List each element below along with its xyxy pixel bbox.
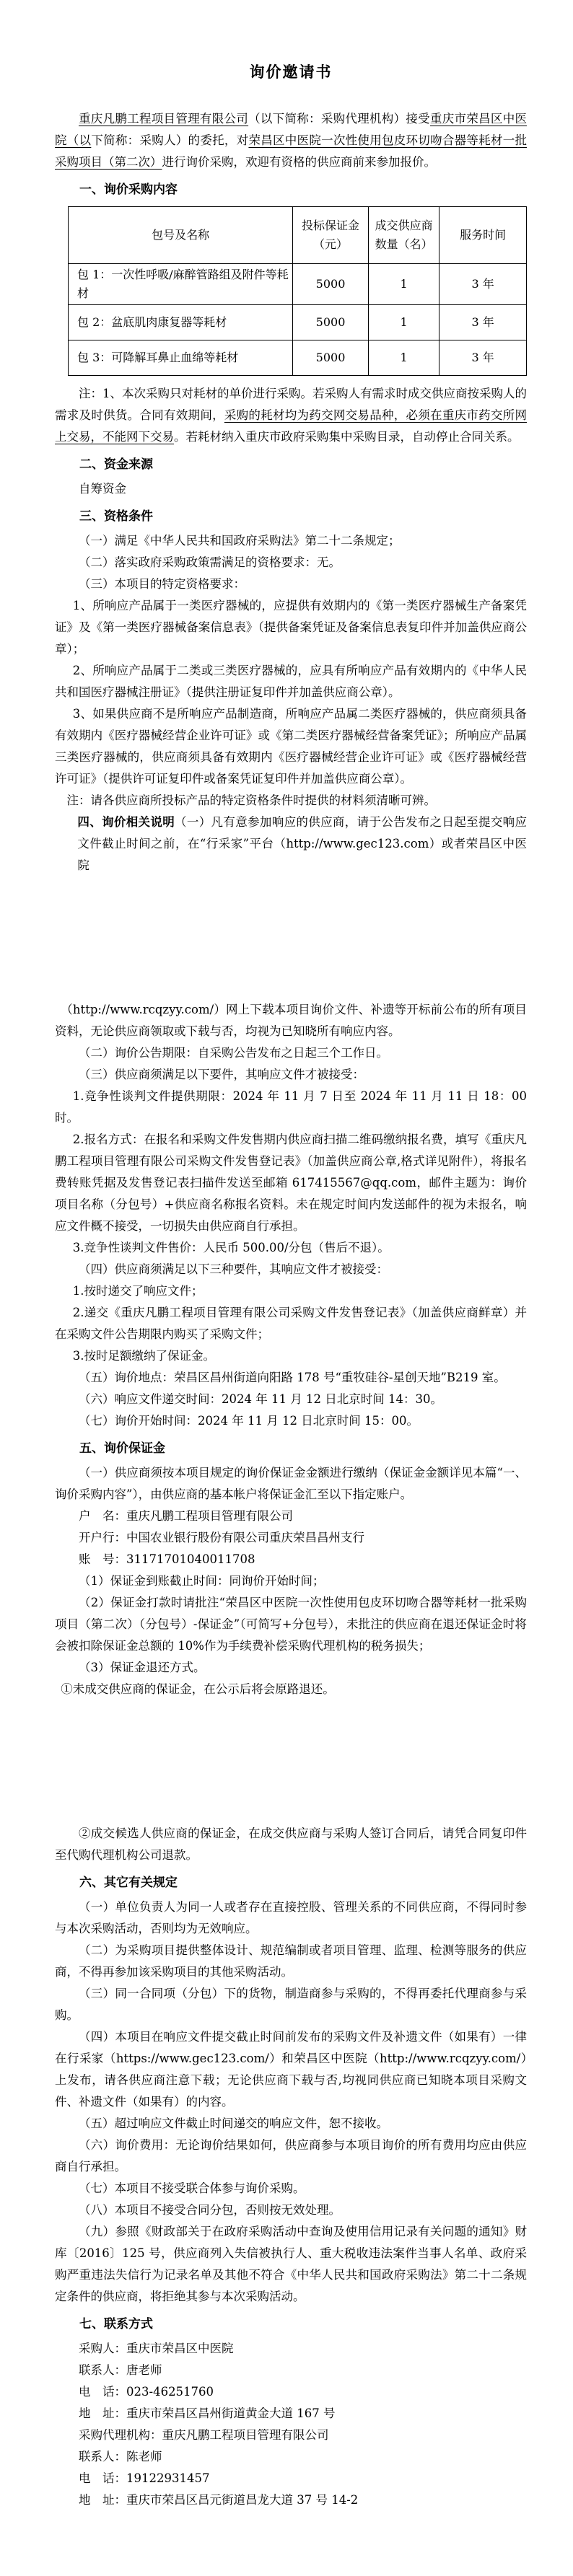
text-run: 采购人：重庆市荣昌区中医院 [79,2342,234,2355]
inquiry-item-4-2: 2.递交《重庆凡鹏工程项目管理有限公司采购文件发售登记表》（加盖供应商鲜章）并在… [55,1302,527,1345]
contact-purchaser-phone: 电 话：023-46251760 [55,2381,527,2403]
column-header: 包号及名称 [69,207,293,264]
table-cell: 5000 [293,340,369,376]
other-rule-6: （六）询价费用：无论询价结果如何，供应商参与本项目询价的所有费用均应由供应商自行… [55,2135,527,2178]
inquiry-item-3-1: 1.竞争性谈判文件提供期限：2024 年 11 月 7 日至 2024 年 11… [55,1086,527,1129]
table-row: 包 1：一次性呼吸/麻醉管路组及附件等耗材500013 年 [69,264,527,305]
text-run: 下简称：采购人）的委托，对 [91,133,248,147]
document-title: 询价邀请书 [55,61,527,82]
text-run: 1、所响应产品属于一类医疗器械的，应提供有效期内的《第一类医疗器械生产备案凭证》… [55,599,527,656]
specific-requirement-3: 3、如果供应商不是所响应产品制造商，所响应产品属二类医疗器械的，供应商须具备有效… [55,703,527,790]
contact-agency-phone: 电 话：19122931457 [55,2468,527,2489]
section-heading-3: 三、资格条件 [55,506,527,527]
other-rule-9: （九）参照《财政部关于在政府采购活动中查询及使用信用记录有关问题的通知》财库〔2… [55,2221,527,2308]
inline-section-heading: 四、询价相关说明 [77,815,175,829]
text-run: 采购代理机构：重庆凡鹏工程项目管理有限公司 [79,2428,329,2442]
table-cell: 1 [368,340,439,376]
deposit-sub-1: （1）保证金到账截止时间：同询价开始时间； [55,1570,527,1592]
text-run: 户 名：重庆凡鹏工程项目管理有限公司 [79,1509,293,1523]
inquiry-item-7: （七）询价开始时间：2024 年 11 月 12 日北京时间 15：00。 [55,1410,527,1432]
table-cell: 包 1：一次性呼吸/麻醉管路组及附件等耗材 [69,264,293,305]
qualification-item-2: （二）落实政府采购政策需满足的资格要求：无。 [55,552,527,573]
text-run: （三）供应商须满足以下要件，其响应文件才被接受： [79,1068,364,1081]
text-run: （一）供应商须按本项目规定的询价保证金金额进行缴纳（保证金金额详见本篇“一、询价… [55,1466,527,1501]
procurement-content-table: 包号及名称投标保证金（元）成交供应商数量（名）服务时间包 1：一次性呼吸/麻醉管… [68,206,527,376]
inquiry-item-3-3: 3.竞争性谈判文件售价：人民币 500.00/分包（售后不退）。 [55,1237,527,1259]
text-run: （九）参照《财政部关于在政府采购活动中查询及使用信用记录有关问题的通知》财库〔2… [55,2225,527,2303]
qualification-note: 注：请各供应商所投标产品的特定资格条件时提供的材料须清晰可辨。 [55,790,527,812]
text-run: （四）本项目在响应文件提交截止时间前发布的采购文件及补遗文件（如果有）一律在行采… [55,2030,527,2109]
other-rule-1: （一）单位负责人为同一人或者存在直接控股、管理关系的不同供应商，不得同时参与本次… [55,1896,527,1940]
inquiry-item-3-2: 2.报名方式：在报名和采购文件发售期内供应商扫描二维码缴纳报名费，填写《重庆凡鹏… [55,1129,527,1237]
text-run: （一）单位负责人为同一人或者存在直接控股、管理关系的不同供应商，不得同时参与本次… [55,1900,527,1935]
text-run: ①未成交供应商的保证金，在公示后将会原路退还。 [61,1682,335,1696]
text-run: （四）供应商须满足以下三种要件，其响应文件才被接受： [79,1262,388,1276]
text-run: （1）保证金到账截止时间：同询价开始时间； [79,1574,325,1588]
text-run: 联系人：唐老师 [79,2363,162,2377]
text-run: 2.报名方式：在报名和采购文件发售期内供应商扫描二维码缴纳报名费，填写《重庆凡鹏… [55,1133,527,1233]
other-rule-8: （八）本项目不接受合同分包，否则按无效处理。 [55,2199,527,2221]
inquiry-item-6: （六）响应文件递交时间：2024 年 11 月 12 日北京时间 14：30。 [55,1389,527,1410]
section-heading-5: 五、询价保证金 [55,1438,527,1459]
qualification-item-3: （三）本项目的特定资格要求： [55,573,527,595]
contact-purchaser-person: 联系人：唐老师 [55,2360,527,2381]
text-run: 2.递交《重庆凡鹏工程项目管理有限公司采购文件发售登记表》（加盖供应商鲜章）并在… [55,1306,527,1341]
qualification-item-1: （一）满足《中华人民共和国政府采购法》第二十二条规定； [55,530,527,552]
other-rule-4: （四）本项目在响应文件提交截止时间前发布的采购文件及补遗文件（如果有）一律在行采… [55,2026,527,2113]
text-run: （八）本项目不接受合同分包，否则按无效处理。 [79,2203,341,2217]
table-cell: 1 [368,264,439,305]
text-run: （五）超过响应文件截止时间递交的响应文件，恕不接收。 [79,2116,388,2130]
table-note-paragraph: 注：1、本次采购只对耗材的单价进行采购。若采购人有需求时成交供应商按采购人的需求… [55,383,527,448]
text-run: 1.竞争性谈判文件提供期限：2024 年 11 月 7 日至 2024 年 11… [55,1089,527,1125]
text-run: 进行询价采购，欢迎有资格的供应商前来参加报价。 [162,155,437,169]
inquiry-item-4-3: 3.按时足额缴纳了保证金。 [55,1345,527,1367]
contact-purchaser: 采购人：重庆市荣昌区中医院 [55,2338,527,2360]
specific-requirement-1: 1、所响应产品属于一类医疗器械的，应提供有效期内的《第一类医疗器械生产备案凭证》… [55,595,527,660]
text-run: （六）询价费用：无论询价结果如何，供应商参与本项目询价的所有费用均应由供应商自行… [55,2138,527,2173]
column-header: 服务时间 [439,207,527,264]
section-heading-7: 七、联系方式 [55,2313,527,2335]
inquiry-item-3: （三）供应商须满足以下要件，其响应文件才被接受： [55,1064,527,1086]
column-header: 投标保证金（元） [293,207,369,264]
table-row: 包 3：可降解耳鼻止血绵等耗材500013 年 [69,340,527,376]
text-run: （二）询价公告期限：自采购公告发布之日起三个工作日。 [79,1046,388,1060]
column-header: 成交供应商数量（名） [368,207,439,264]
account-bank: 开户行：中国农业银行股份有限公司重庆荣昌昌州支行 [55,1527,527,1549]
account-name: 户 名：重庆凡鹏工程项目管理有限公司 [55,1505,527,1527]
table-cell: 3 年 [439,340,527,376]
text-run: （三）本项目的特定资格要求： [79,577,245,591]
text-run: 1.按时递交了响应文件； [73,1284,204,1298]
text-run: （http://www.rcqzyy.com/）网上下载本项目询价文件、补遗等开… [55,1003,527,1038]
text-run: （2）保证金打款时请批注“荣昌区中医院一次性使用包皮环切吻合器等耗材一批采购项目… [55,1596,527,1653]
account-number: 账 号：31171701040011708 [55,1549,527,1570]
page-break-gap-2 [55,1700,527,1823]
text-run: 地 址：重庆市荣昌区昌元街道昌龙大道 37 号 14-2 [79,2493,358,2507]
specific-requirement-2: 2、所响应产品属于二类或三类医疗器械的，应具有所响应产品有效期内的《中华人民共和… [55,660,527,703]
table-row: 包 2：盆底肌肉康复器等耗材500013 年 [69,305,527,340]
deposit-refund-2: ②成交候选人供应商的保证金，在成交供应商与采购人签订合同后，请凭合同复印件至代购… [55,1823,527,1866]
text-run: （二）落实政府采购政策需满足的资格要求：无。 [79,555,341,569]
document-page: 询价邀请书 重庆凡鹏工程项目管理有限公司（以下简称：采购代理机构）接受重庆市荣昌… [0,0,573,2576]
inquiry-item-5: （五）询价地点：荣昌区昌州街道向阳路 178 号“重牧硅谷-星创天地”B219 … [55,1367,527,1389]
section-4-intro-paragraph: 四、询价相关说明（一）凡有意参加响应的供应商，请于公告发布之日起至提交响应文件截… [55,812,527,876]
table-cell: 3 年 [439,264,527,305]
text-run: 开户行：中国农业银行股份有限公司重庆荣昌昌州支行 [79,1531,364,1544]
text-run: 自筹资金 [79,482,126,496]
table-cell: 5000 [293,305,369,340]
table-cell: 1 [368,305,439,340]
text-run: （七）本项目不接受联合体参与询价采购。 [79,2181,305,2195]
text-run: （七）询价开始时间：2024 年 11 月 12 日北京时间 15：00。 [79,1414,419,1428]
deposit-sub-2: （2）保证金打款时请批注“荣昌区中医院一次性使用包皮环切吻合器等耗材一批采购项目… [55,1592,527,1657]
text-run: 3.按时足额缴纳了保证金。 [73,1349,215,1363]
deposit-refund-1: ①未成交供应商的保证金，在公示后将会原路退还。 [55,1679,527,1700]
other-rule-5: （五）超过响应文件截止时间递交的响应文件，恕不接收。 [55,2113,527,2135]
contact-purchaser-address: 地 址：重庆市荣昌区昌州街道黄金大道 167 号 [55,2403,527,2425]
text-run: 地 址：重庆市荣昌区昌州街道黄金大道 167 号 [79,2406,335,2420]
text-run: 注：请各供应商所投标产品的特定资格条件时提供的材料须清晰可辨。 [67,794,437,807]
deposit-sub-3: （3）保证金退还方式。 [55,1657,527,1679]
text-run: （六）响应文件递交时间：2024 年 11 月 12 日北京时间 14：30。 [79,1392,442,1406]
text-run: （3）保证金退还方式。 [79,1661,206,1674]
table-cell: 3 年 [439,305,527,340]
section-heading-2: 二、资金来源 [55,454,527,475]
text-run: 联系人：陈老师 [79,2450,162,2463]
text-run: （一）满足《中华人民共和国政府采购法》第二十二条规定； [79,534,401,548]
inquiry-item-2: （二）询价公告期限：自采购公告发布之日起三个工作日。 [55,1042,527,1064]
text-run: （以下简称：采购代理机构）接受 [248,112,430,126]
section-4-intro-continued: （http://www.rcqzyy.com/）网上下载本项目询价文件、补遗等开… [55,999,527,1042]
contact-agency-person: 联系人：陈老师 [55,2446,527,2468]
contact-agency-address: 地 址：重庆市荣昌区昌元街道昌龙大道 37 号 14-2 [55,2489,527,2511]
text-run: ②成交候选人供应商的保证金，在成交供应商与采购人签订合同后，请凭合同复印件至代购… [55,1827,527,1862]
text-run: 3.竞争性谈判文件售价：人民币 500.00/分包（售后不退）。 [73,1241,390,1254]
text-run: （二）为采购项目提供整体设计、规范编制或者项目管理、监理、检测等服务的供应商，不… [55,1943,527,1979]
document-blocks: 重庆凡鹏工程项目管理有限公司（以下简称：采购代理机构）接受重庆市荣昌区中医院（以… [55,108,527,2511]
other-rule-3: （三）同一合同项（分包）下的货物，制造商参与采购的，不得再委托代理商参与采购。 [55,1983,527,2026]
other-rule-2: （二）为采购项目提供整体设计、规范编制或者项目管理、监理、检测等服务的供应商，不… [55,1940,527,1983]
table-cell: 包 2：盆底肌肉康复器等耗材 [69,305,293,340]
table-cell: 5000 [293,264,369,305]
section-heading-1: 一、询价采购内容 [55,179,527,201]
text-run: （三）同一合同项（分包）下的货物，制造商参与采购的，不得再委托代理商参与采购。 [55,1987,527,2022]
text-run: 电 话：19122931457 [79,2471,209,2485]
other-rule-7: （七）本项目不接受联合体参与询价采购。 [55,2178,527,2199]
funding-source: 自筹资金 [55,478,527,500]
table-header-row: 包号及名称投标保证金（元）成交供应商数量（名）服务时间 [69,207,527,264]
inquiry-item-4: （四）供应商须满足以下三种要件，其响应文件才被接受： [55,1259,527,1280]
page-break-gap-1 [55,876,527,999]
text-run: 账 号：31171701040011708 [79,1552,255,1566]
text-run: 3、如果供应商不是所响应产品制造商，所响应产品属二类医疗器械的，供应商须具备有效… [55,707,527,786]
table-cell: 包 3：可降解耳鼻止血绵等耗材 [69,340,293,376]
text-run: 2、所响应产品属于二类或三类医疗器械的，应具有所响应产品有效期内的《中华人民共和… [55,664,527,699]
intro-paragraph: 重庆凡鹏工程项目管理有限公司（以下简称：采购代理机构）接受重庆市荣昌区中医院（以… [55,108,527,173]
text-run: 电 话：023-46251760 [79,2385,214,2399]
section-heading-6: 六、其它有关规定 [55,1872,527,1894]
inquiry-item-4-1: 1.按时递交了响应文件； [55,1280,527,1302]
contact-agency: 采购代理机构：重庆凡鹏工程项目管理有限公司 [55,2425,527,2446]
text-run: （五）询价地点：荣昌区昌州街道向阳路 178 号“重牧硅谷-星创天地”B219 … [79,1371,506,1384]
underlined-text: 重庆凡鹏工程项目管理有限公司 [79,112,248,126]
text-run: 。若耗材纳入重庆市政府采购集中采购目录，自动停止合同关系。 [174,430,520,444]
deposit-item-1: （一）供应商须按本项目规定的询价保证金金额进行缴纳（保证金金额详见本篇“一、询价… [55,1462,527,1505]
